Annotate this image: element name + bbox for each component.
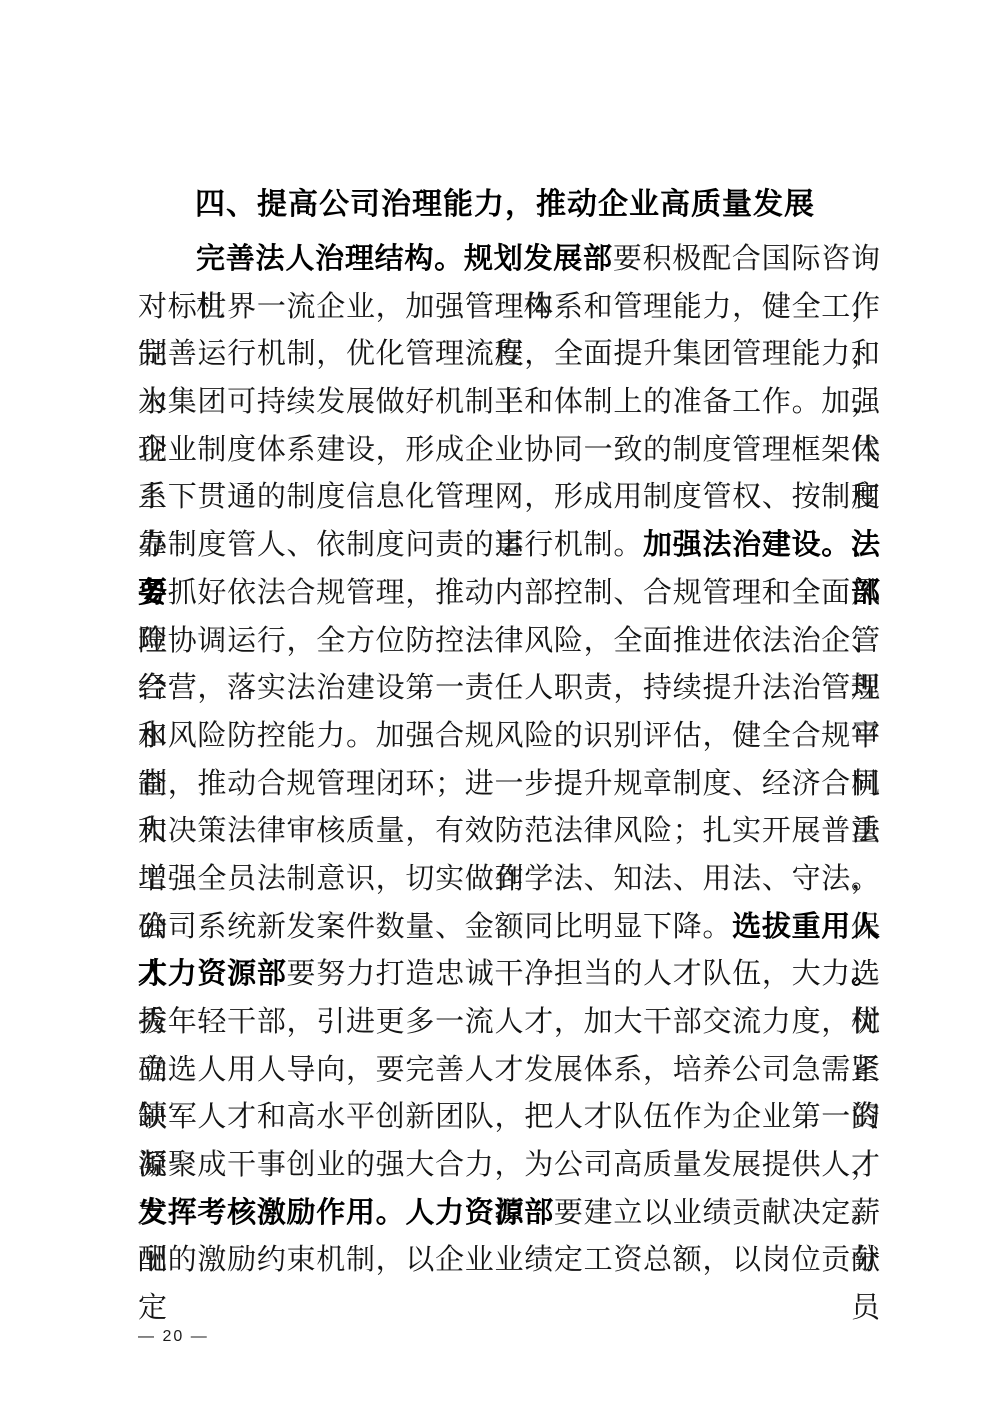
- text-segment: 要: [138, 577, 168, 609]
- text-line: 发挥考核激励作用。人力资源部要建立以业绩贡献决定薪酬分: [138, 1190, 880, 1238]
- text-line: 和风险防控能力。加强合规风险的识别评估，健全合规审查机: [138, 713, 880, 761]
- text-line: 为集团可持续发展做好机制上和体制上的准备工作。加强现代: [138, 379, 880, 427]
- text-line: 增强全员法制意识，切实做到学法、知法、用法、守法。确保: [138, 856, 880, 904]
- text-segment: 公司系统新发案件数量、金额同比明显下降。: [138, 911, 732, 943]
- text-line: 理协调运行，全方位防控法律风险，全面推进依法治企、合规: [138, 618, 880, 666]
- text-segment: 配的激励约束机制，以企业业绩定工资总额，以岗位贡献定员: [138, 1244, 880, 1324]
- text-segment: 靠制度管人、依制度问责的运行机制。: [138, 529, 643, 561]
- document-page: 四、提高公司治理能力，推动企业高质量发展 完善法人治理结构。规划发展部要积极配合…: [0, 0, 1000, 1414]
- text-segment: 完善法人治理结构。规划发展部: [196, 243, 613, 275]
- text-line: 制，推动合规管理闭环；进一步提升规章制度、经济合同和重: [138, 761, 880, 809]
- text-line: 公司系统新发案件数量、金额同比明显下降。选拔重用人才。: [138, 904, 880, 952]
- text-segment: 人力资源部: [138, 958, 287, 990]
- text-line: 配的激励约束机制，以企业业绩定工资总额，以岗位贡献定员: [138, 1237, 880, 1285]
- text-line: 经营，落实法治建设第一责任人职责，持续提升法治管理水平: [138, 665, 880, 713]
- body-text: 完善法人治理结构。规划发展部要积极配合国际咨询机构，对标世界一流企业，加强管理体…: [138, 236, 880, 1285]
- text-segment: 发挥考核激励作用。人力资源部: [138, 1197, 554, 1229]
- page-content: 四、提高公司治理能力，推动企业高质量发展 完善法人治理结构。规划发展部要积极配合…: [138, 182, 880, 1285]
- text-line: 企业制度体系建设，形成企业协同一致的制度管理框架体系和: [138, 427, 880, 475]
- section-heading: 四、提高公司治理能力，推动企业高质量发展: [138, 182, 880, 228]
- text-line: 靠制度管人、依制度问责的运行机制。加强法治建设。法务部: [138, 522, 880, 570]
- text-line: 确选人用人导向，要完善人才发展体系，培养公司急需紧缺的: [138, 1047, 880, 1095]
- text-line: 凝聚成干事创业的强大合力，为公司高质量发展提供人才支撑。: [138, 1142, 880, 1190]
- text-line: 人力资源部要努力打造忠诚干净担当的人才队伍，大力选拔优: [138, 951, 880, 999]
- text-line: 秀年轻干部，引进更多一流人才，加大干部交流力度，树立正: [138, 999, 880, 1047]
- text-line: 大决策法律审核质量，有效防范法律风险；扎实开展普法工作，: [138, 808, 880, 856]
- text-line: 对标世界一流企业，加强管理体系和管理能力，健全工作制度，: [138, 284, 880, 332]
- text-line: 上下贯通的制度信息化管理网，形成用制度管权、按制度办事、: [138, 474, 880, 522]
- text-line: 要抓好依法合规管理，推动内部控制、合规管理和全面风险管: [138, 570, 880, 618]
- text-line: 领军人才和高水平创新团队，把人才队伍作为企业第一资源，: [138, 1094, 880, 1142]
- text-line: 完善法人治理结构。规划发展部要积极配合国际咨询机构，: [138, 236, 880, 284]
- page-number: — 20 —: [138, 1328, 209, 1346]
- text-line: 完善运行机制，优化管理流程，全面提升集团管理能力和水平，: [138, 331, 880, 379]
